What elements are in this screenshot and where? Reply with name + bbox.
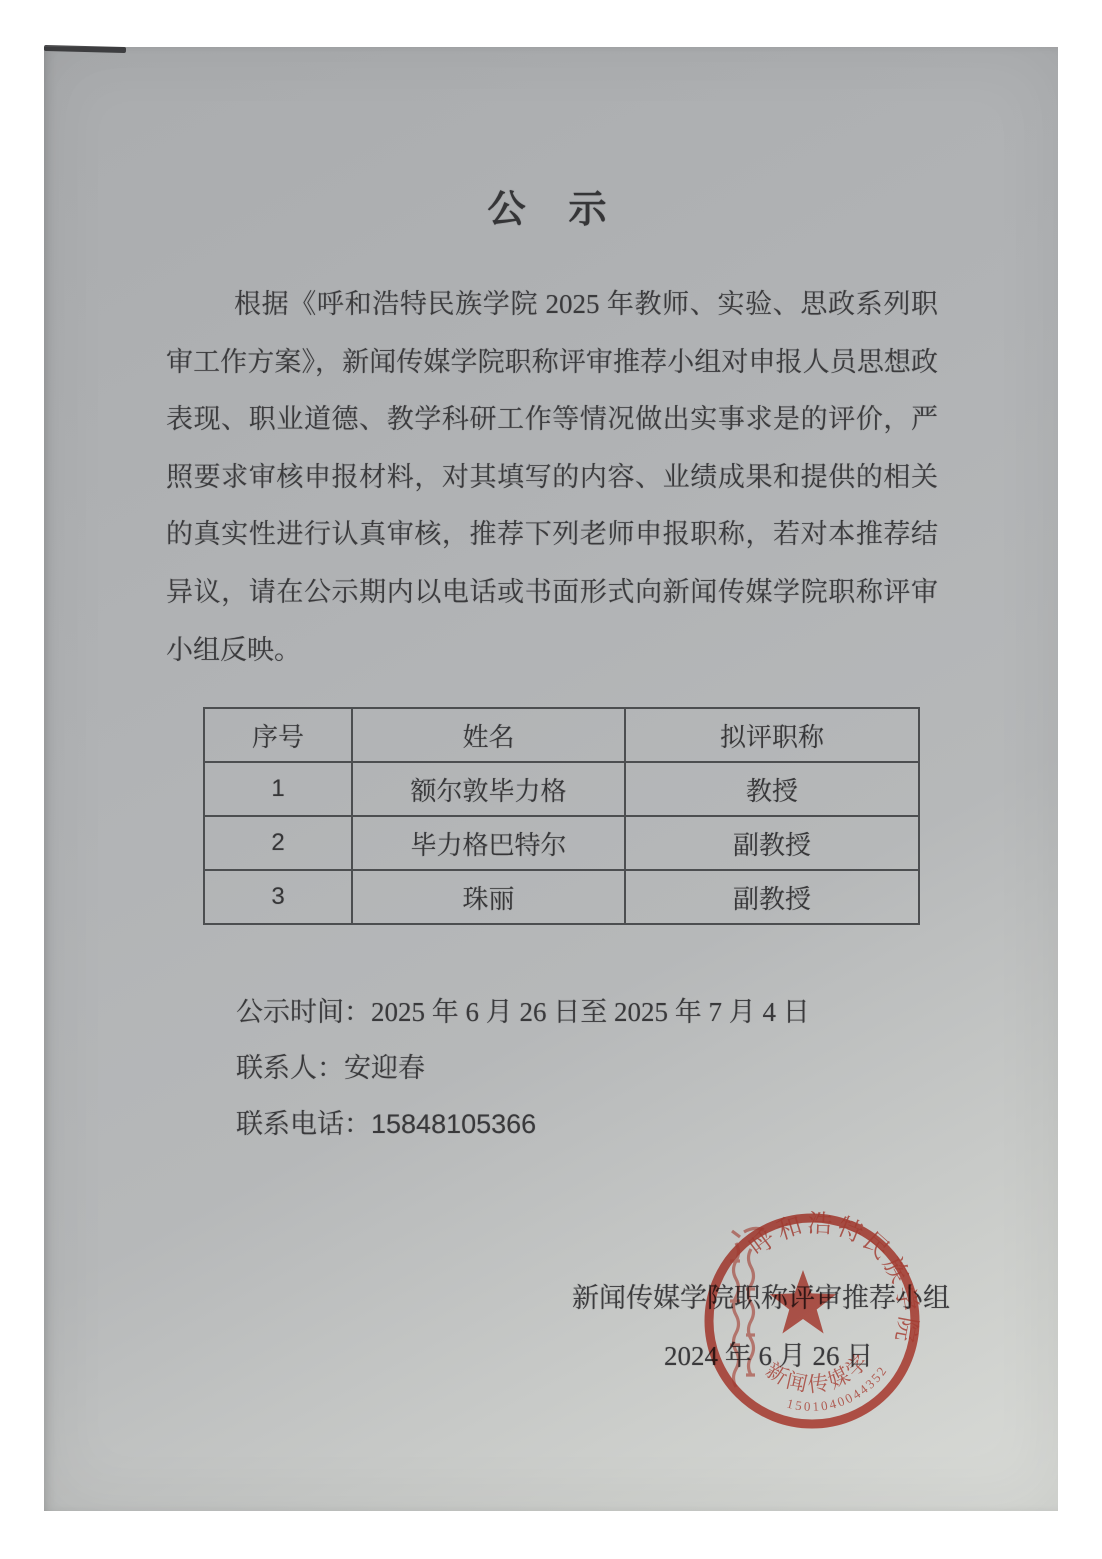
publicity-period-label: 公示时间： <box>236 997 371 1027</box>
paragraph-line: 的真实性进行认真审核，推荐下列老师申报职称，若对本推荐结果有 <box>166 506 938 564</box>
announcement-body: 根据《呼和浩特民族学院 2025 年教师、实验、思政系列职称评 审工作方案》，新… <box>166 276 938 679</box>
paragraph-line: 小组反映。 <box>166 622 938 680</box>
paragraph-line: 照要求审核申报材料，对其填写的内容、业绩成果和提供的相关材料 <box>166 449 938 507</box>
page-title: 公 示 <box>0 178 1102 233</box>
official-seal-stamp: 呼和浩特民族学院 新闻传媒学院 1501040044352 <box>696 1205 928 1437</box>
contact-phone-label: 联系电话： <box>236 1109 371 1139</box>
cell-name: 珠丽 <box>352 870 625 924</box>
publicity-period: 公示时间：2025 年 6 月 26 日至 2025 年 7 月 4 日 <box>236 990 810 1029</box>
cell-no: 1 <box>204 762 352 816</box>
paragraph-line: 异议，请在公示期内以电话或书面形式向新闻传媒学院职称评审推荐 <box>166 564 938 622</box>
svg-text:呼和浩特民族学院: 呼和浩特民族学院 <box>744 1210 922 1348</box>
table-row: 3 珠丽 副教授 <box>204 870 919 924</box>
contact-person-value: 安迎春 <box>344 1053 425 1083</box>
contact-phone-value: 15848105366 <box>371 1109 536 1139</box>
table-row: 2 毕力格巴特尔 副教授 <box>204 816 919 870</box>
table-header-row: 序号 姓名 拟评职称 <box>204 708 919 762</box>
table-row: 1 额尔敦毕力格 教授 <box>204 762 919 816</box>
cell-title: 教授 <box>625 762 919 816</box>
contact-person-label: 联系人： <box>236 1053 344 1083</box>
contact-phone: 联系电话：15848105366 <box>236 1102 536 1141</box>
col-header-title: 拟评职称 <box>625 708 919 762</box>
paragraph-line: 表现、职业道德、教学科研工作等情况做出实事求是的评价，严格按 <box>166 391 938 449</box>
col-header-name: 姓名 <box>352 708 625 762</box>
cell-name: 额尔敦毕力格 <box>352 762 625 816</box>
publicity-period-value: 2025 年 6 月 26 日至 2025 年 7 月 4 日 <box>371 997 810 1027</box>
cell-no: 2 <box>204 816 352 870</box>
star-icon <box>770 1270 837 1334</box>
photo-background: 公 示 根据《呼和浩特民族学院 2025 年教师、实验、思政系列职称评 审工作方… <box>0 0 1102 1559</box>
cell-no: 3 <box>204 870 352 924</box>
contact-person: 联系人：安迎春 <box>236 1046 425 1085</box>
paragraph-line: 审工作方案》，新闻传媒学院职称评审推荐小组对申报人员思想政治 <box>166 334 938 392</box>
cell-title: 副教授 <box>625 816 919 870</box>
seal-top-arc-text: 呼和浩特民族学院 <box>744 1210 922 1348</box>
col-header-no: 序号 <box>204 708 352 762</box>
recommendation-table: 序号 姓名 拟评职称 1 额尔敦毕力格 教授 2 毕力格巴特尔 副教授 3 珠丽… <box>203 707 920 925</box>
cell-name: 毕力格巴特尔 <box>352 816 625 870</box>
paragraph-line: 根据《呼和浩特民族学院 2025 年教师、实验、思政系列职称评 <box>166 276 938 334</box>
cell-title: 副教授 <box>625 870 919 924</box>
